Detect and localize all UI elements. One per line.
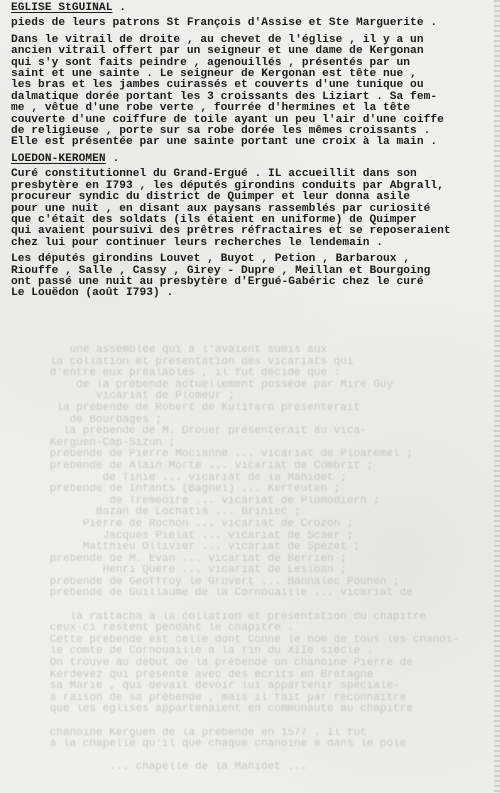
- text-line: prébende de Infants (Bagnel) ... Kerfeut…: [30, 484, 490, 496]
- text-line: qui avaient poursuivi des prêtres réfrac…: [11, 226, 493, 237]
- text-line: Elle est présentée par une sainte portan…: [11, 137, 493, 148]
- section-heading: EGLISE StGUINAL: [11, 3, 112, 14]
- section-heading-line: EGLISE StGUINAL .: [11, 3, 493, 18]
- text-line: pieds de leurs patrons St François d'Ass…: [11, 18, 493, 29]
- text-line: Cette prébende est celle dont Conne le n…: [30, 635, 490, 647]
- paragraph-patrons: pieds de leurs patrons St François d'Ass…: [11, 18, 493, 29]
- text-line: prébende de Guillaume de la Cornouaille …: [30, 588, 490, 600]
- text-line: prébende de Geoffroy le Gruvert ... Bann…: [30, 577, 490, 589]
- text-line: me , vêtue d'une robe verte , fourrée d'…: [11, 103, 493, 114]
- text-line: de Tinie ... vicariat de la Mahidet ;: [30, 473, 490, 485]
- text-line: prébende de M. Evan ... vicariat de Berr…: [30, 554, 490, 566]
- text-line: Matthieu Ollivier ... vicariat de Spezet…: [30, 542, 490, 554]
- text-line: Le Louëdon (août I793) .: [11, 288, 493, 299]
- paragraph-cure-constitutionnel: Curé constitutionnel du Grand-Ergué . IL…: [11, 169, 493, 249]
- text-line: à raison de sa prébende , mais il fait p…: [30, 693, 490, 705]
- heading-period: .: [106, 153, 120, 165]
- heading-period: .: [112, 2, 126, 14]
- text-line: chanoine Kerguen de la prébende en 1577 …: [30, 728, 490, 740]
- section-eglise-stguinal: EGLISE StGUINAL . pieds de leurs patrons…: [11, 3, 493, 149]
- text-line: Kerdevez qui présente avec des écrits en…: [30, 670, 490, 682]
- text-line: chez lui pour continuer leurs recherches…: [11, 238, 493, 249]
- text-line: [30, 600, 490, 612]
- show-through-text: une assemblée qui à l'avaient sumis aux …: [30, 345, 490, 774]
- page-edge-scan-artifact: [494, 0, 500, 793]
- section-loedon-keromen: LOEDON-KEROMEN . Curé constitutionnel du…: [11, 154, 493, 300]
- text-line: à la chapelle qu'il que chaque chanoine …: [30, 739, 490, 751]
- text-line: une assemblée qui à l'avaient sumis aux: [30, 345, 490, 357]
- text-line: la prébende de Robert de Kulifaro présen…: [30, 403, 490, 415]
- text-line: prébende de Alain Morté ... vicariat de …: [30, 461, 490, 473]
- text-line: que les églises appartenaient en communa…: [30, 704, 490, 716]
- text-line: Bazan de Lochatia ... Briniec ;: [30, 507, 490, 519]
- text-line: ceux-ci restent pendant le chapitre .: [30, 623, 490, 635]
- text-line: Les députés girondins Louvet , Buyot , P…: [11, 254, 493, 265]
- section-heading-line: LOEDON-KEROMEN .: [11, 154, 493, 169]
- text-line: la prébende de M. Drouer présenterait au…: [30, 426, 490, 438]
- text-line: ancien vitrail offert par un seigneur et…: [11, 46, 493, 57]
- text-line: la collation et présentation des vicaria…: [30, 357, 490, 369]
- text-line: Pierre de Rochon ... vicariat de Crozon …: [30, 519, 490, 531]
- section-heading: LOEDON-KEROMEN: [11, 154, 106, 165]
- text-line: d'entre eux préalables , il fut décidé q…: [30, 368, 490, 380]
- text-line: de Tremeoire ... vicariat de Plomodiern …: [30, 496, 490, 508]
- text-line: vicariat de Plomeur ;: [30, 391, 490, 403]
- text-line: [30, 751, 490, 763]
- text-line: procureur syndic du district de Quimper …: [11, 192, 493, 203]
- text-line: Kerguen-Cap-Sizun ;: [30, 438, 490, 450]
- scanned-page: une assemblée qui à l'avaient sumis aux …: [0, 0, 500, 793]
- text-line: ... chapelle de la Mahidet ...: [30, 762, 490, 774]
- text-line: le comte de Cornouaille à la fin du XIIe…: [30, 646, 490, 658]
- text-line: Jacques Pielat ... vicariat de Scaer ;: [30, 531, 490, 543]
- text-line: la rattacha à la collation et présentati…: [30, 612, 490, 624]
- text-line: Henri Quere ... vicariat de Lesloan ;: [30, 565, 490, 577]
- text-line: sa Marie , qui devait devoir lui apparte…: [30, 681, 490, 693]
- text-line: prébende de Pierre Mocianne ... vicariat…: [30, 449, 490, 461]
- typewritten-text: EGLISE StGUINAL . pieds de leurs patrons…: [11, 3, 493, 305]
- text-line: de Bourbages ;: [30, 415, 490, 427]
- paragraph-deputes-girondins: Les députés girondins Louvet , Buyot , P…: [11, 254, 493, 300]
- text-line: Curé constitutionnel du Grand-Ergué . IL…: [11, 169, 493, 180]
- text-line: de la prébende actuellement possédé par …: [30, 380, 490, 392]
- text-line: [30, 716, 490, 728]
- text-line: On trouve au début de la prébende un cha…: [30, 658, 490, 670]
- paragraph-vitrail: Dans le vitrail de droite , au chevet de…: [11, 35, 493, 149]
